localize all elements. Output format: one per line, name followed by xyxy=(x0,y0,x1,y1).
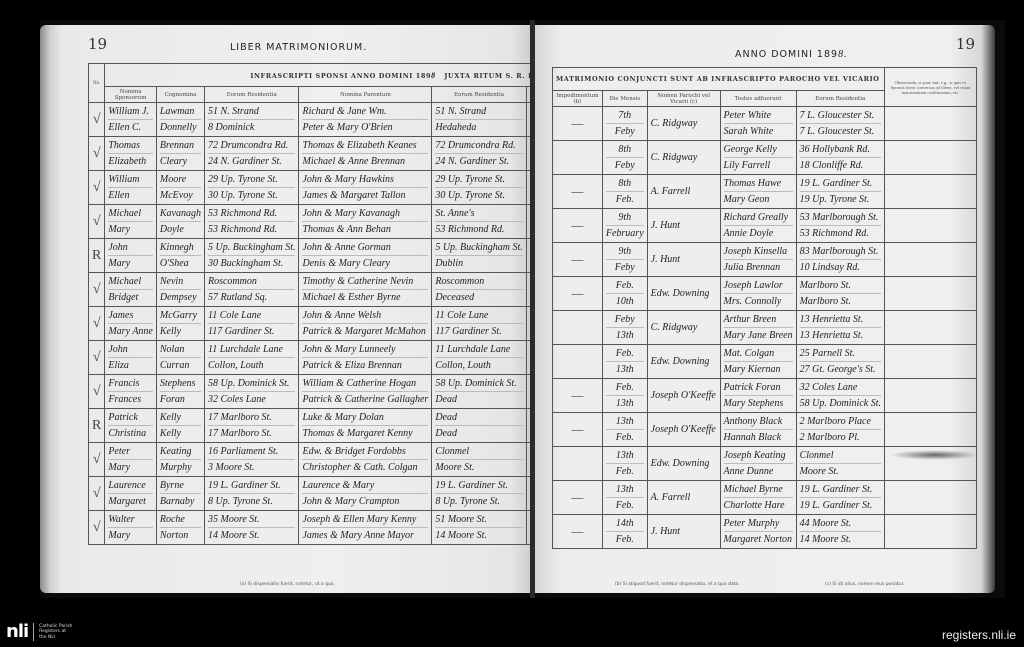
spouse-names: ThomasElizabeth xyxy=(105,137,157,171)
marriage-detail-row: 8thFebyC. RidgwayGeorge KellyLily Farrel… xyxy=(553,141,977,175)
witness-residence: 53 Marlborough St.53 Richmond Rd. xyxy=(796,209,884,243)
marriage-entry-row: √WilliamEllenMooreMcEvoy29 Up. Tyrone St… xyxy=(89,171,531,205)
witness-residence: Marlboro St.Marlboro St. xyxy=(796,277,884,311)
right-footnote-c: (c) Si sit alius, nomen eius ponatur. xyxy=(825,582,904,587)
marriage-detail-row: Feby13thC. RidgwayArthur BreenMary Jane … xyxy=(553,311,977,345)
parents-residence: St. Anne's53 Richmond Rd. xyxy=(432,205,527,239)
spouse-residence: 17 Marlboro St.17 Marlboro St. xyxy=(204,409,299,443)
marriage-date: 14thFeb. xyxy=(602,515,647,549)
marriage-entry-row: √William J.Ellen C.LawmanDonnelly51 N. S… xyxy=(89,103,531,137)
marriage-date: 13thFeb. xyxy=(602,413,647,447)
spouse-names: JohnMary xyxy=(105,239,157,273)
column-header: Eorum Residentia xyxy=(432,87,527,103)
marriage-date: 8thFeb. xyxy=(602,175,647,209)
impediment: — xyxy=(553,107,603,141)
spouse-residence: 11 Cole Lane117 Gardiner St. xyxy=(204,307,299,341)
checkmark-icon: √ xyxy=(89,103,105,137)
officiating-priest: J. Hunt xyxy=(647,243,720,277)
spouse-surnames: NolanCurran xyxy=(156,341,204,375)
parents-residence: 11 Cole Lane117 Gardiner St. xyxy=(432,307,527,341)
checkmark-icon: √ xyxy=(89,375,105,409)
right-footnote-b: (b) Si aliquod fuerit, notetur dispensat… xyxy=(615,582,740,587)
witness-residence: 32 Coles Lane58 Up. Dominick St. xyxy=(796,379,884,413)
spouse-names: MichaelBridget xyxy=(105,273,157,307)
impediment: — xyxy=(553,481,603,515)
right-banner: MATRIMONIO CONJUNCTI SUNT AB INFRASCRIPT… xyxy=(553,68,885,91)
checkmark-icon: √ xyxy=(89,205,105,239)
marriage-date: Feby13th xyxy=(602,311,647,345)
parents-residence: 5 Up. Buckingham St.Dublin xyxy=(432,239,527,273)
witnesses: Peter MurphyMargaret Norton xyxy=(720,515,796,549)
impediment xyxy=(553,311,603,345)
impediment xyxy=(553,345,603,379)
witnesses: Thomas HaweMary Geon xyxy=(720,175,796,209)
left-banner: INFRASCRIPTI SPONSI ANNO DOMINI 1898 JUX… xyxy=(105,64,530,87)
marriage-date: 7thFeby xyxy=(602,107,647,141)
spouse-names: WalterMary xyxy=(105,511,157,545)
witnesses: Michael ByrneCharlotte Hare xyxy=(720,481,796,515)
observations xyxy=(885,345,977,379)
officiating-priest: Edw. Downing xyxy=(647,345,720,379)
spouse-surnames: KavanaghDoyle xyxy=(156,205,204,239)
officiating-priest: C. Ridgway xyxy=(647,107,720,141)
marriages-table-left: No. INFRASCRIPTI SPONSI ANNO DOMINI 1898… xyxy=(88,63,530,545)
site-url: registers.nli.ie xyxy=(942,628,1016,642)
observations xyxy=(885,515,977,549)
column-header: Impedimentum (b) xyxy=(553,91,603,107)
spouse-residence: 72 Drumcondra Rd.24 N. Gardiner St. xyxy=(204,137,299,171)
column-header: Nomen Parochi vel Vicarii (c) xyxy=(647,91,720,107)
observations xyxy=(885,209,977,243)
parents-names: Richard & Jane Wm.Peter & Mary O'Brien xyxy=(299,103,432,137)
witness-residence: 19 L. Gardiner St.19 L. Gardiner St. xyxy=(796,481,884,515)
marriage-date: 9thFeby xyxy=(602,243,647,277)
impediment xyxy=(553,141,603,175)
marriage-detail-row: —7thFebyC. RidgwayPeter WhiteSarah White… xyxy=(553,107,977,141)
right-page-title: ANNO DOMINI 1898. xyxy=(735,47,848,62)
checkmark-icon: √ xyxy=(89,511,105,545)
number-column-label: No. xyxy=(89,64,105,103)
marriage-detail-row: —13thFeb.Joseph O'KeeffeAnthony BlackHan… xyxy=(553,413,977,447)
officiating-priest: A. Farrell xyxy=(647,175,720,209)
column-header: Eorum Residentia xyxy=(796,91,884,107)
witnesses: Anthony BlackHannah Black xyxy=(720,413,796,447)
parents-residence: 19 L. Gardiner St.8 Up. Tyrone St. xyxy=(432,477,527,511)
column-header: Nomina Parentum xyxy=(299,87,432,103)
parents-residence: 72 Drumcondra Rd.24 N. Gardiner St. xyxy=(432,137,527,171)
spouse-names: PeterMary xyxy=(105,443,157,477)
marriage-entry-row: √MichaelMaryKavanaghDoyle53 Richmond Rd.… xyxy=(89,205,531,239)
observations xyxy=(885,243,977,277)
marriage-entry-row: √WalterMaryRocheNorton35 Moore St.14 Moo… xyxy=(89,511,531,545)
right-page: 19 ANNO DOMINI 1898. MATRIMONIO CONJUNCT… xyxy=(535,25,995,593)
checkmark-icon: R xyxy=(89,239,105,273)
parents-names: William & Catherine HoganPatrick & Cathe… xyxy=(299,375,432,409)
right-page-number: 19 xyxy=(956,35,975,53)
parents-residence: 51 N. StrandHedaheda xyxy=(432,103,527,137)
parents-names: Luke & Mary DolanThomas & Margaret Kenny xyxy=(299,409,432,443)
spouse-residence: 51 N. Strand8 Dominick xyxy=(204,103,299,137)
column-header: Eorum Residentia xyxy=(204,87,299,103)
nli-logo-subtitle: Catholic Parish Registers at the NLI xyxy=(39,624,73,641)
marriage-entry-row: √PeterMaryKeatingMurphy16 Parliament St.… xyxy=(89,443,531,477)
marriage-detail-row: —8thFeb.A. FarrellThomas HaweMary Geon19… xyxy=(553,175,977,209)
witnesses: Patrick ForanMary Stephens xyxy=(720,379,796,413)
witnesses: Peter WhiteSarah White xyxy=(720,107,796,141)
spouse-names: WilliamEllen xyxy=(105,171,157,205)
spouse-surnames: LawmanDonnelly xyxy=(156,103,204,137)
witness-residence: 19 L. Gardiner St.19 Up. Tyrone St. xyxy=(796,175,884,209)
witness-residence: 36 Hollybank Rd.18 Clonliffe Rd. xyxy=(796,141,884,175)
impediment: — xyxy=(553,413,603,447)
spouse-residence: 29 Up. Tyrone St.30 Up. Tyrone St. xyxy=(204,171,299,205)
parents-residence: 58 Up. Dominick St.Dead xyxy=(432,375,527,409)
impediment: — xyxy=(553,515,603,549)
spouse-surnames: StephensForan xyxy=(156,375,204,409)
marriage-detail-row: —14thFeb.J. HuntPeter MurphyMargaret Nor… xyxy=(553,515,977,549)
observations xyxy=(885,481,977,515)
left-page: 19 LIBER MATRIMONIORUM. No. INFRASCRIPTI… xyxy=(40,25,530,593)
marriage-date: 13thFeb. xyxy=(602,481,647,515)
spouse-names: FrancisFrances xyxy=(105,375,157,409)
marriage-entry-row: √LaurenceMargaretByrneBarnaby19 L. Gardi… xyxy=(89,477,531,511)
witness-residence: ClonmelMoore St. xyxy=(796,447,884,481)
officiating-priest: Edw. Downing xyxy=(647,277,720,311)
witnesses: George KellyLily Farrell xyxy=(720,141,796,175)
checkmark-icon: √ xyxy=(89,307,105,341)
checkmark-icon: √ xyxy=(89,341,105,375)
observations xyxy=(885,175,977,209)
parents-names: Timothy & Catherine NevinMichael & Esthe… xyxy=(299,273,432,307)
parents-names: John & Mary LunneelyPatrick & Eliza Bren… xyxy=(299,341,432,375)
officiating-priest: J. Hunt xyxy=(647,209,720,243)
nli-logo-mark: nli xyxy=(6,623,28,641)
officiating-priest: C. Ridgway xyxy=(647,311,720,345)
marriage-date: 9thFebruary xyxy=(602,209,647,243)
spouse-residence: 11 Lurchdale LaneCollon, Louth xyxy=(204,341,299,375)
officiating-priest: A. Farrell xyxy=(647,481,720,515)
checkmark-icon: R xyxy=(89,409,105,443)
spouse-names: PatrickChristina xyxy=(105,409,157,443)
column-header: Nomina Sponsorum xyxy=(105,87,157,103)
spouse-residence: Roscommon57 Rutland Sq. xyxy=(204,273,299,307)
parents-residence: RoscommonDeceased xyxy=(432,273,527,307)
marriage-entry-row: RJohnMaryKinneghO'Shea5 Up. Buckingham S… xyxy=(89,239,531,273)
column-header: Die Mensis xyxy=(602,91,647,107)
observations xyxy=(885,107,977,141)
witness-residence: 44 Moore St.14 Moore St. xyxy=(796,515,884,549)
impediment: — xyxy=(553,175,603,209)
witnesses: Arthur BreenMary Jane Breen xyxy=(720,311,796,345)
spouse-names: JohnEliza xyxy=(105,341,157,375)
spouse-surnames: BrennanCleary xyxy=(156,137,204,171)
parents-names: Thomas & Elizabeth KeanesMichael & Anne … xyxy=(299,137,432,171)
spouse-residence: 53 Richmond Rd.53 Richmond Rd. xyxy=(204,205,299,239)
spouse-residence: 58 Up. Dominick St.32 Coles Lane xyxy=(204,375,299,409)
spouse-names: JamesMary Anne xyxy=(105,307,157,341)
checkmark-icon: √ xyxy=(89,273,105,307)
observations-header: Observanda, si quae sint; e.g., si quis … xyxy=(885,68,977,107)
officiating-priest: Joseph O'Keeffe xyxy=(647,413,720,447)
marriages-table-right: MATRIMONIO CONJUNCTI SUNT AB INFRASCRIPT… xyxy=(552,67,977,549)
left-page-number: 19 xyxy=(88,35,107,53)
witnesses: Joseph LawlorMrs. Connolly xyxy=(720,277,796,311)
spouse-surnames: ByrneBarnaby xyxy=(156,477,204,511)
checkmark-icon: √ xyxy=(89,477,105,511)
marriage-detail-row: —Feb.13thJoseph O'KeeffePatrick ForanMar… xyxy=(553,379,977,413)
left-footnote: (a) Si dispensatio fuerit, notetur, ut a… xyxy=(240,582,335,587)
witness-residence: 7 L. Gloucester St.7 L. Gloucester St. xyxy=(796,107,884,141)
marriage-detail-row: —13thFeb.A. FarrellMichael ByrneCharlott… xyxy=(553,481,977,515)
witnesses: Joseph KinsellaJulia Brennan xyxy=(720,243,796,277)
parents-residence: 51 Moore St.14 Moore St. xyxy=(432,511,527,545)
marriage-detail-row: —9thFebruaryJ. HuntRichard GreallyAnnie … xyxy=(553,209,977,243)
marriage-date: Feb.13th xyxy=(602,345,647,379)
parents-names: John & Anne GormanDenis & Mary Cleary xyxy=(299,239,432,273)
spouse-names: William J.Ellen C. xyxy=(105,103,157,137)
impediment: — xyxy=(553,209,603,243)
register-book-spread: 19 LIBER MATRIMONIORUM. No. INFRASCRIPTI… xyxy=(40,20,1005,598)
spouse-residence: 35 Moore St.14 Moore St. xyxy=(204,511,299,545)
column-header: Testes adfuerunt xyxy=(720,91,796,107)
impediment: — xyxy=(553,277,603,311)
marriage-date: Feb.10th xyxy=(602,277,647,311)
ink-smudge xyxy=(890,450,980,460)
spouse-surnames: NevinDempsey xyxy=(156,273,204,307)
nli-logo: nli Catholic Parish Registers at the NLI xyxy=(6,623,73,641)
marriage-detail-row: Feb.13thEdw. DowningMat. ColganMary Kier… xyxy=(553,345,977,379)
spouse-surnames: McGarryKelly xyxy=(156,307,204,341)
impediment: — xyxy=(553,379,603,413)
left-page-title: LIBER MATRIMONIORUM. xyxy=(230,42,367,53)
checkmark-icon: √ xyxy=(89,137,105,171)
impediment xyxy=(553,447,603,481)
spouse-surnames: KellyKelly xyxy=(156,409,204,443)
marriage-detail-row: —Feb.10thEdw. DowningJoseph LawlorMrs. C… xyxy=(553,277,977,311)
checkmark-icon: √ xyxy=(89,171,105,205)
impediment: — xyxy=(553,243,603,277)
observations xyxy=(885,277,977,311)
witnesses: Richard GreallyAnnie Doyle xyxy=(720,209,796,243)
marriage-date: Feb.13th xyxy=(602,379,647,413)
observations xyxy=(885,311,977,345)
parents-names: Laurence & MaryJohn & Mary Crampton xyxy=(299,477,432,511)
parents-residence: DeadDead xyxy=(432,409,527,443)
spouse-names: MichaelMary xyxy=(105,205,157,239)
spouse-names: LaurenceMargaret xyxy=(105,477,157,511)
marriage-entry-row: √JamesMary AnneMcGarryKelly11 Cole Lane1… xyxy=(89,307,531,341)
marriage-entry-row: √FrancisFrancesStephensForan58 Up. Domin… xyxy=(89,375,531,409)
witness-residence: 83 Marlborough St.10 Lindsay Rd. xyxy=(796,243,884,277)
marriage-entry-row: √ThomasElizabethBrennanCleary72 Drumcond… xyxy=(89,137,531,171)
parents-residence: ClonmelMoore St. xyxy=(432,443,527,477)
spouse-surnames: MooreMcEvoy xyxy=(156,171,204,205)
witness-residence: 25 Parnell St.27 Gt. George's St. xyxy=(796,345,884,379)
witnesses: Mat. ColganMary Kiernan xyxy=(720,345,796,379)
checkmark-icon: √ xyxy=(89,443,105,477)
officiating-priest: J. Hunt xyxy=(647,515,720,549)
officiating-priest: C. Ridgway xyxy=(647,141,720,175)
officiating-priest: Joseph O'Keeffe xyxy=(647,379,720,413)
witnesses: Joseph KeatingAnne Dunne xyxy=(720,447,796,481)
observations xyxy=(885,413,977,447)
witness-residence: 13 Henrietta St.13 Henrietta St. xyxy=(796,311,884,345)
spouse-residence: 5 Up. Buckingham St.30 Buckingham St. xyxy=(204,239,299,273)
spouse-surnames: KeatingMurphy xyxy=(156,443,204,477)
marriage-entry-row: √MichaelBridgetNevinDempseyRoscommon57 R… xyxy=(89,273,531,307)
observations xyxy=(885,141,977,175)
officiating-priest: Edw. Downing xyxy=(647,447,720,481)
marriage-entry-row: RPatrickChristinaKellyKelly17 Marlboro S… xyxy=(89,409,531,443)
logo-divider xyxy=(33,623,34,641)
parents-names: Edw. & Bridget FordobbsChristopher & Cat… xyxy=(299,443,432,477)
marriage-detail-row: —9thFebyJ. HuntJoseph KinsellaJulia Bren… xyxy=(553,243,977,277)
marriage-entry-row: √JohnElizaNolanCurran11 Lurchdale LaneCo… xyxy=(89,341,531,375)
parents-names: John & Mary HawkinsJames & Margaret Tall… xyxy=(299,171,432,205)
parents-names: Joseph & Ellen Mary KennyJames & Mary An… xyxy=(299,511,432,545)
witness-residence: 2 Marlboro Place2 Marlboro Pl. xyxy=(796,413,884,447)
spouse-surnames: KinneghO'Shea xyxy=(156,239,204,273)
spouse-residence: 19 L. Gardiner St.8 Up. Tyrone St. xyxy=(204,477,299,511)
parents-names: John & Anne WelshPatrick & Margaret McMa… xyxy=(299,307,432,341)
column-header: Cognomina xyxy=(156,87,204,103)
marriage-date: 8thFeby xyxy=(602,141,647,175)
parents-names: John & Mary KavanaghThomas & Ann Behan xyxy=(299,205,432,239)
spouse-surnames: RocheNorton xyxy=(156,511,204,545)
spouse-residence: 16 Parliament St.3 Moore St. xyxy=(204,443,299,477)
parents-residence: 29 Up. Tyrone St.30 Up. Tyrone St. xyxy=(432,171,527,205)
marriage-date: 13thFeb. xyxy=(602,447,647,481)
observations xyxy=(885,379,977,413)
parents-residence: 11 Lurchdale LaneCollon, Louth xyxy=(432,341,527,375)
